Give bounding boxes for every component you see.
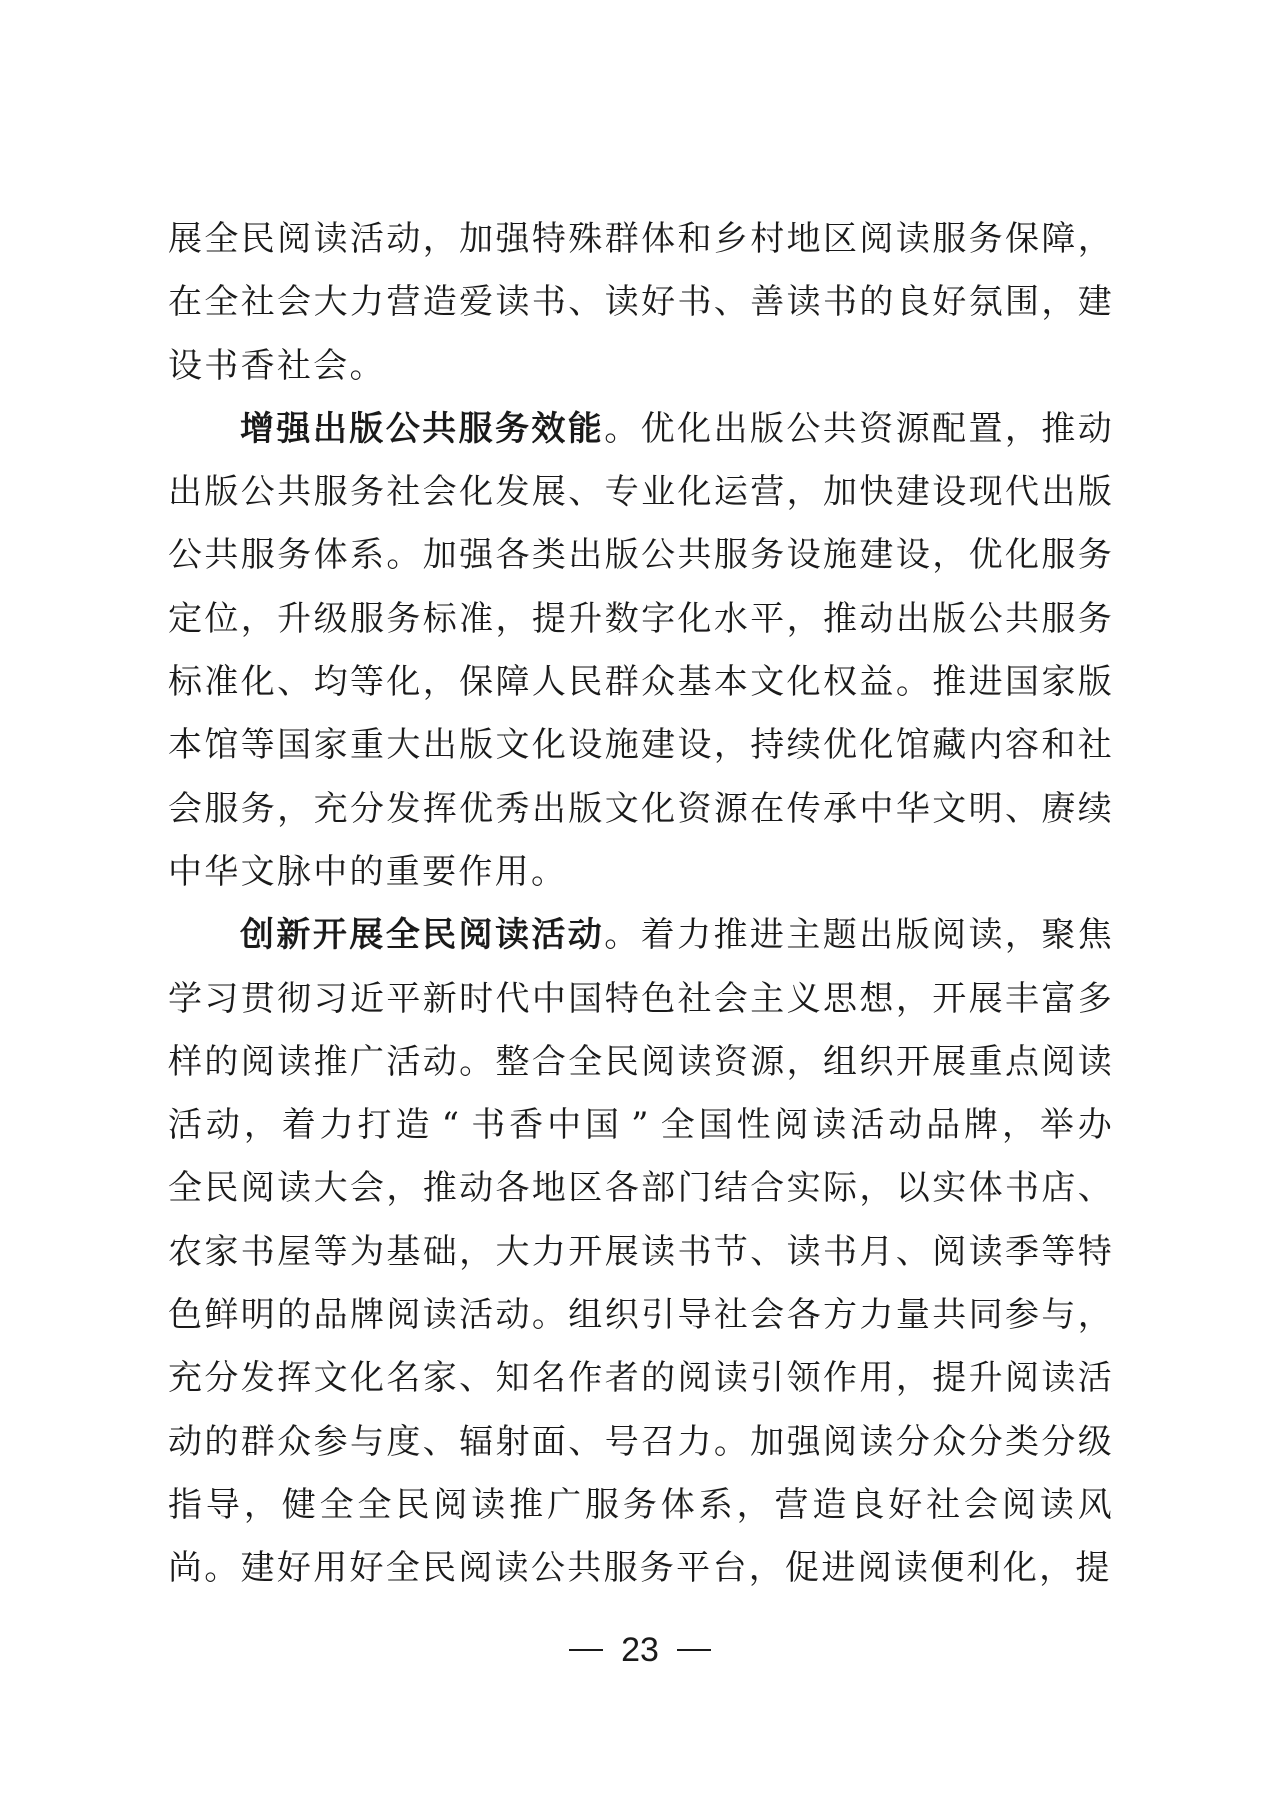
text-line: 标准化、均等化，保障人民群众基本文化权益。推进国家版 (168, 651, 1112, 714)
text-line: 动的群众参与度、辐射面、号召力。加强阅读分众分类分级 (168, 1411, 1112, 1474)
text-line: 增强出版公共服务效能。优化出版公共资源配置，推动 (168, 398, 1112, 461)
page-number-dash-left (569, 1649, 603, 1651)
paragraph: 展全民阅读活动，加强特殊群体和乡村地区阅读服务保障，在全社会大力营造爱读书、读好… (168, 208, 1112, 398)
text-line: 展全民阅读活动，加强特殊群体和乡村地区阅读服务保障， (168, 208, 1112, 271)
document-page: 展全民阅读活动，加强特殊群体和乡村地区阅读服务保障，在全社会大力营造爱读书、读好… (0, 0, 1280, 1810)
text-line: 创新开展全民阅读活动。着力推进主题出版阅读，聚焦 (168, 904, 1112, 967)
text-line: 尚。建好用好全民阅读公共服务平台，促进阅读便利化，提 (168, 1537, 1112, 1600)
text-line: 样的阅读推广活动。整合全民阅读资源，组织开展重点阅读 (168, 1031, 1112, 1094)
text-line: 设书香社会。 (168, 335, 1112, 398)
page-number-dash-right (677, 1649, 711, 1651)
text-line: 农家书屋等为基础，大力开展读书节、读书月、阅读季等特 (168, 1221, 1112, 1284)
text-line: 在全社会大力营造爱读书、读好书、善读书的良好氛围，建 (168, 271, 1112, 334)
text-line: 出版公共服务社会化发展、专业化运营，加快建设现代出版 (168, 461, 1112, 524)
page-number: 23 (0, 1630, 1280, 1670)
text-line: 指导，健全全民阅读推广服务体系，营造良好社会阅读风 (168, 1474, 1112, 1537)
paragraph: 创新开展全民阅读活动。着力推进主题出版阅读，聚焦学习贯彻习近平新时代中国特色社会… (168, 904, 1112, 1600)
text-line: 中华文脉中的重要作用。 (168, 841, 1112, 904)
text-line: 学习贯彻习近平新时代中国特色社会主义思想，开展丰富多 (168, 968, 1112, 1031)
page-number-value: 23 (621, 1630, 659, 1670)
text-line: 色鲜明的品牌阅读活动。组织引导社会各方力量共同参与， (168, 1284, 1112, 1347)
text-line: 会服务，充分发挥优秀出版文化资源在传承中华文明、赓续 (168, 778, 1112, 841)
text-line: 全民阅读大会，推动各地区各部门结合实际，以实体书店、 (168, 1157, 1112, 1220)
body-text: 展全民阅读活动，加强特殊群体和乡村地区阅读服务保障，在全社会大力营造爱读书、读好… (168, 208, 1112, 1601)
text-line: 本馆等国家重大出版文化设施建设，持续优化馆藏内容和社 (168, 714, 1112, 777)
text-line: 活动，着力打造“书香中国”全国性阅读活动品牌，举办 (168, 1094, 1112, 1157)
text-line: 公共服务体系。加强各类出版公共服务设施建设，优化服务 (168, 524, 1112, 587)
text-line: 充分发挥文化名家、知名作者的阅读引领作用，提升阅读活 (168, 1347, 1112, 1410)
text-line: 定位，升级服务标准，提升数字化水平，推动出版公共服务 (168, 588, 1112, 651)
paragraph: 增强出版公共服务效能。优化出版公共资源配置，推动出版公共服务社会化发展、专业化运… (168, 398, 1112, 904)
